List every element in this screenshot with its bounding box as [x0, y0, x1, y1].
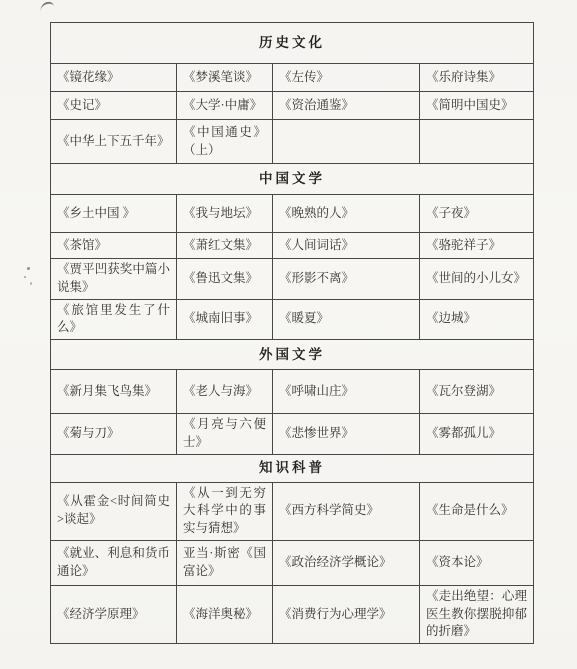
book-cell: 《世间的小儿女》 — [420, 259, 534, 300]
book-cell: 《镜花缘》 — [51, 64, 177, 92]
section-header-row: 历史文化 — [51, 23, 534, 64]
section-title-history-culture: 历史文化 — [51, 23, 534, 64]
book-cell: 《从霍金<时间简史>谈起》 — [51, 482, 177, 540]
book-cell: 《走出绝望：心理医生教你摆脱抑郁的折磨》 — [420, 585, 534, 643]
scan-artifact-speck — [24, 276, 26, 278]
book-cell: 《就业、利息和货币通论》 — [51, 540, 177, 585]
table-row: 《新月集飞鸟集》 《老人与海》 《呼啸山庄》 《瓦尔登湖》 — [51, 370, 534, 414]
scan-artifact-speck — [27, 267, 30, 270]
book-cell: 《边城》 — [420, 299, 534, 340]
book-cell: 《晚熟的人》 — [273, 195, 420, 233]
section-header-row: 知识科普 — [51, 454, 534, 482]
section-header-row: 中国文学 — [51, 164, 534, 195]
book-cell: 《骆驼祥子》 — [420, 233, 534, 259]
book-cell: 《大学·中庸》 — [177, 92, 273, 120]
book-cell: 《雾都孤儿》 — [420, 414, 534, 455]
book-cell: 《资治通鉴》 — [273, 92, 420, 120]
book-cell: 《新月集飞鸟集》 — [51, 370, 177, 414]
book-cell: 《西方科学简史》 — [273, 482, 420, 540]
book-cell: 《我与地坛》 — [177, 195, 273, 233]
table-row: 《从霍金<时间简史>谈起》 《从一到无穷大科学中的事实与猜想》 《西方科学简史》… — [51, 482, 534, 540]
book-cell: 《贾平凹获奖中篇小说集》 — [51, 259, 177, 300]
table-row: 《菊与刀》 《月亮与六便士》 《悲惨世界》 《雾都孤儿》 — [51, 414, 534, 455]
book-cell: 《政治经济学概论》 — [273, 540, 420, 585]
book-cell: 《悲惨世界》 — [273, 414, 420, 455]
book-cell: 《瓦尔登湖》 — [420, 370, 534, 414]
book-cell: 《老人与海》 — [177, 370, 273, 414]
book-cell: 《菊与刀》 — [51, 414, 177, 455]
book-cell: 《鲁迅文集》 — [177, 259, 273, 300]
book-cell: 《梦溪笔谈》 — [177, 64, 273, 92]
book-cell: 《中国通史》（上） — [177, 120, 273, 164]
book-cell: 《从一到无穷大科学中的事实与猜想》 — [177, 482, 273, 540]
book-cell: 《乐府诗集》 — [420, 64, 534, 92]
book-cell: 《消费行为心理学》 — [273, 585, 420, 643]
table-row: 《经济学原理》 《海洋奥秘》 《消费行为心理学》 《走出绝望：心理医生教你摆脱抑… — [51, 585, 534, 643]
table-row: 《史记》 《大学·中庸》 《资治通鉴》 《简明中国史》 — [51, 92, 534, 120]
table-row: 《镜花缘》 《梦溪笔谈》 《左传》 《乐府诗集》 — [51, 64, 534, 92]
table-row: 《中华上下五千年》 《中国通史》（上） — [51, 120, 534, 164]
book-cell: 《史记》 — [51, 92, 177, 120]
book-cell: 《中华上下五千年》 — [51, 120, 177, 164]
book-cell-empty — [420, 120, 534, 164]
table-row: 《乡土中国 》 《我与地坛》 《晚熟的人》 《子夜》 — [51, 195, 534, 233]
book-cell: 《海洋奥秘》 — [177, 585, 273, 643]
scanned-page: 历史文化 《镜花缘》 《梦溪笔谈》 《左传》 《乐府诗集》 《史记》 《大学·中… — [0, 0, 577, 669]
book-cell: 《月亮与六便士》 — [177, 414, 273, 455]
book-cell: 《形影不离》 — [273, 259, 420, 300]
section-title-chinese-literature: 中国文学 — [51, 164, 534, 195]
book-cell: 《萧红文集》 — [177, 233, 273, 259]
book-category-table: 历史文化 《镜花缘》 《梦溪笔谈》 《左传》 《乐府诗集》 《史记》 《大学·中… — [50, 22, 534, 644]
book-cell: 亚当·斯密《国富论》 — [177, 540, 273, 585]
book-cell: 《简明中国史》 — [420, 92, 534, 120]
scan-artifact-squiggle — [39, 1, 54, 12]
table-row: 《就业、利息和货币通论》 亚当·斯密《国富论》 《政治经济学概论》 《资本论》 — [51, 540, 534, 585]
book-cell: 《经济学原理》 — [51, 585, 177, 643]
section-title-popular-science: 知识科普 — [51, 454, 534, 482]
book-cell: 《暖夏》 — [273, 299, 420, 340]
table-row: 《茶馆》 《萧红文集》 《人间词话》 《骆驼祥子》 — [51, 233, 534, 259]
section-header-row: 外国文学 — [51, 340, 534, 370]
book-cell: 《子夜》 — [420, 195, 534, 233]
book-cell: 《生命是什么》 — [420, 482, 534, 540]
book-cell: 《茶馆》 — [51, 233, 177, 259]
book-cell: 《城南旧事》 — [177, 299, 273, 340]
book-cell: 《左传》 — [273, 64, 420, 92]
book-cell-empty — [273, 120, 420, 164]
book-cell: 《呼啸山庄》 — [273, 370, 420, 414]
book-cell: 《乡土中国 》 — [51, 195, 177, 233]
scan-artifact-speck — [30, 282, 32, 285]
book-cell: 《资本论》 — [420, 540, 534, 585]
section-title-foreign-literature: 外国文学 — [51, 340, 534, 370]
table-row: 《贾平凹获奖中篇小说集》 《鲁迅文集》 《形影不离》 《世间的小儿女》 — [51, 259, 534, 300]
book-cell: 《人间词话》 — [273, 233, 420, 259]
table-row: 《旅馆里发生了什么》 《城南旧事》 《暖夏》 《边城》 — [51, 299, 534, 340]
book-cell: 《旅馆里发生了什么》 — [51, 299, 177, 340]
